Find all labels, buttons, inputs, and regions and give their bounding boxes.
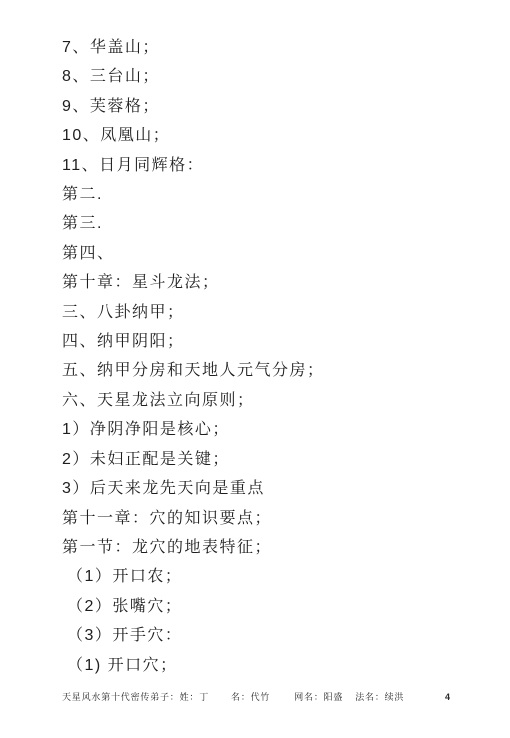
footer-dharma-name: 法名：续洪 — [355, 691, 404, 703]
text-line: 四、纳甲阴阳； — [62, 327, 482, 356]
text-line: 六、天星龙法立向原则； — [62, 386, 482, 415]
text-line: 7、华盖山； — [62, 33, 482, 62]
footer-given-name: 名：代竹 — [231, 691, 270, 703]
text-line: 10、凤凰山； — [62, 121, 482, 150]
text-line: 五、纳甲分房和天地人元气分房； — [62, 356, 482, 385]
footer-disciple-info: 天星风水第十代密传弟子：姓：丁 — [62, 691, 209, 703]
text-line: 3）后天来龙先天向是重点 — [62, 474, 482, 503]
text-line: 9、芙蓉格； — [62, 92, 482, 121]
document-body: 7、华盖山；8、三台山；9、芙蓉格；10、凤凰山；11、日月同辉格：第二.第三.… — [62, 33, 482, 680]
text-line: （1) 开口穴； — [62, 651, 482, 680]
text-line: 第十章：星斗龙法； — [62, 268, 482, 297]
text-line: 第三. — [62, 209, 482, 238]
text-line: 11、日月同辉格： — [62, 151, 482, 180]
text-line: 第十一章：穴的知识要点； — [62, 504, 482, 533]
text-line: （2）张嘴穴； — [62, 592, 482, 621]
text-line: 2）未妇正配是关键； — [62, 445, 482, 474]
text-line: 8、三台山； — [62, 62, 482, 91]
text-line: （1）开口农； — [62, 562, 482, 591]
footer-net-name: 网名：阳盛 — [294, 691, 343, 703]
page-footer: 天星风水第十代密传弟子：姓：丁 名：代竹 网名：阳盛 法名：续洪 4 — [62, 691, 450, 703]
text-line: 第一节：龙穴的地表特征； — [62, 533, 482, 562]
document-page: 7、华盖山；8、三台山；9、芙蓉格；10、凤凰山；11、日月同辉格：第二.第三.… — [0, 0, 510, 738]
text-line: 第四、 — [62, 239, 482, 268]
text-line: 1）净阴净阳是核心； — [62, 415, 482, 444]
text-line: 三、八卦纳甲； — [62, 298, 482, 327]
text-line: 第二. — [62, 180, 482, 209]
text-line: （3）开手穴： — [62, 621, 482, 650]
page-number: 4 — [445, 691, 450, 703]
